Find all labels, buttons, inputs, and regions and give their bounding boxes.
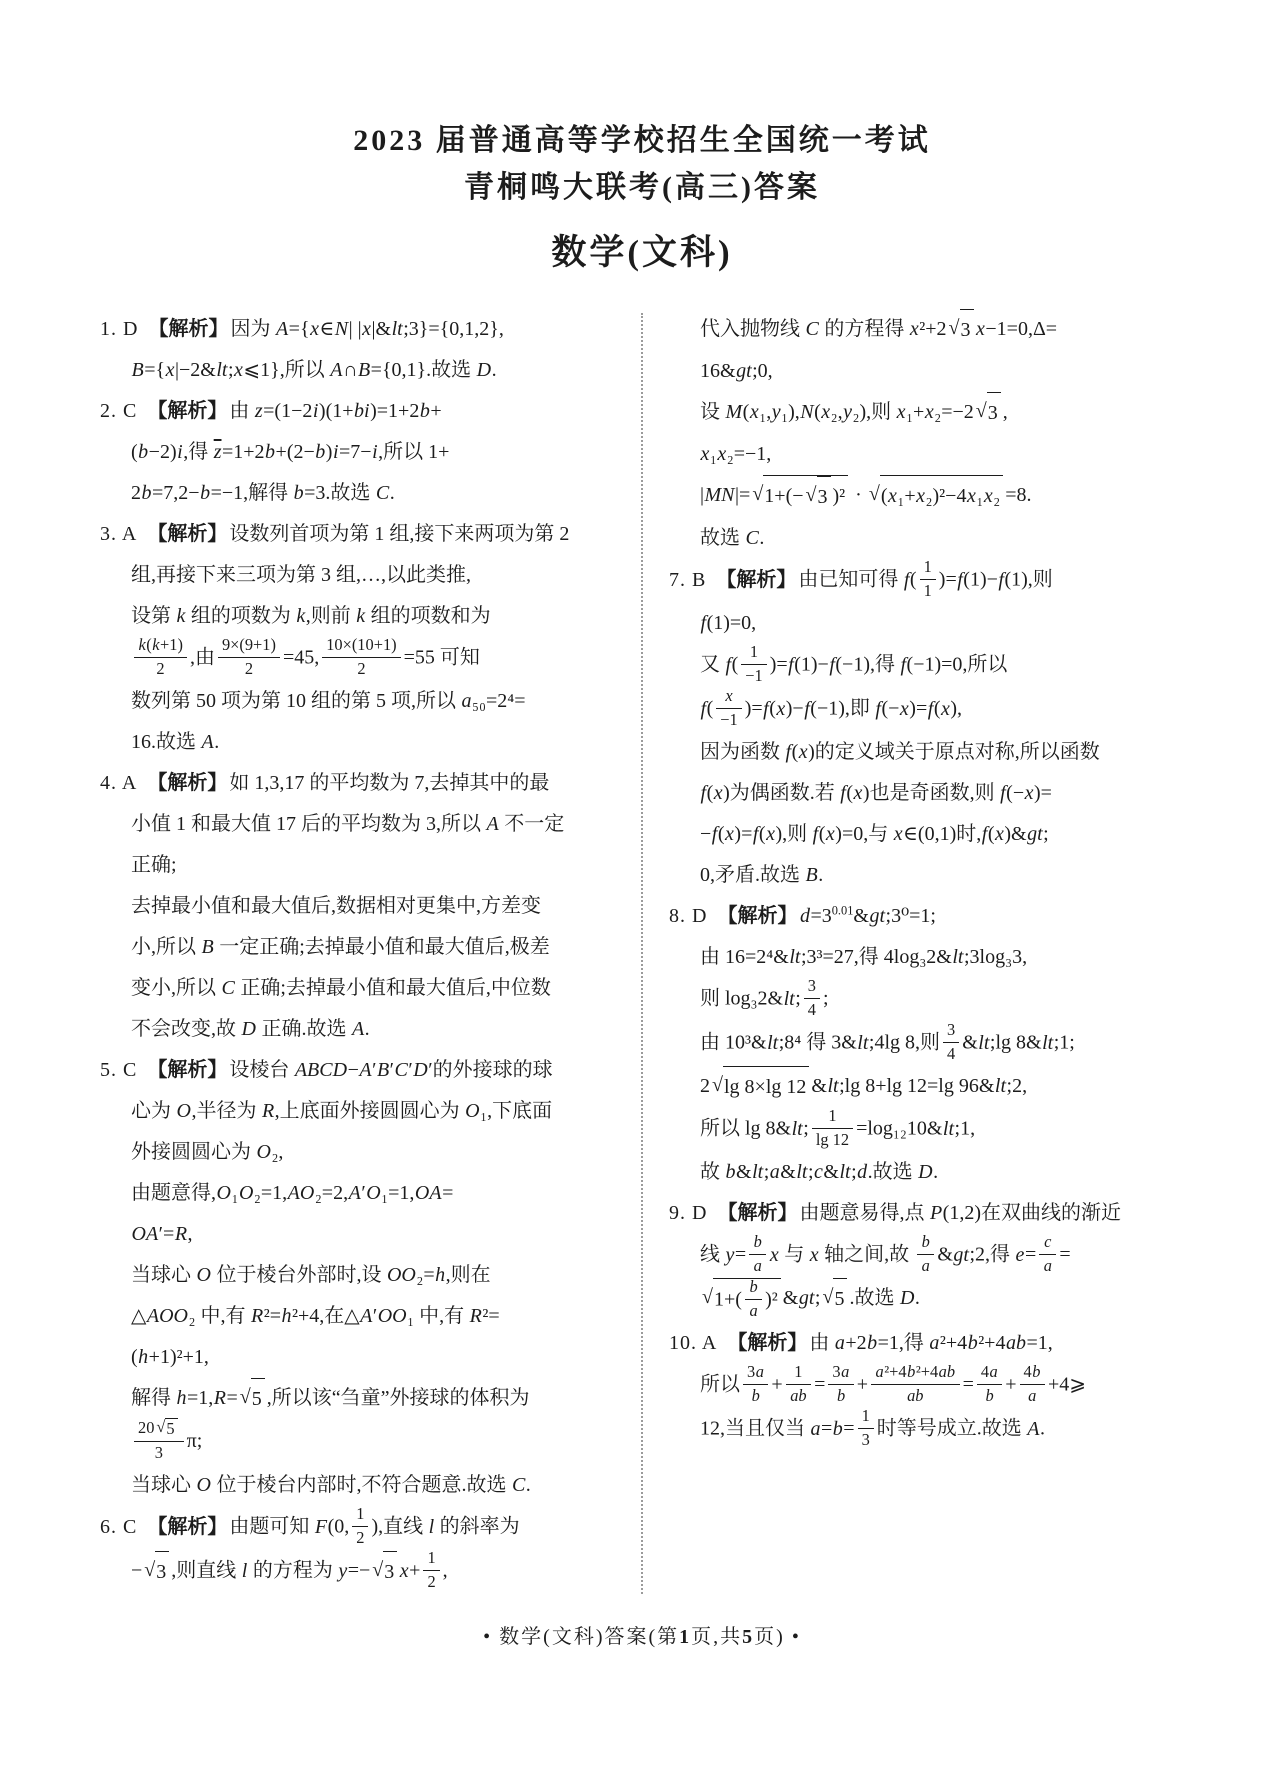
- solution-line: f(x)为偶函数.若 f(x)也是奇函数,则 f(−x)=: [669, 773, 1184, 814]
- problem-item: 10. A【解析】由 a+2b=1,得 a²+4b²+4ab=1,所以3ab+1…: [669, 1323, 1184, 1452]
- problem-item: 4. A【解析】如 1,3,17 的平均数为 7,去掉其中的最小值 1 和最大值…: [100, 763, 615, 1050]
- solution-line: 16&gt;0,: [669, 351, 1184, 392]
- problem-item: 8. D【解析】d=30.01&gt;3⁰=1;由 16=2⁴&lt;3³=27…: [669, 896, 1184, 1193]
- solution-line: 9. D【解析】由题意易得,点 P(1,2)在双曲线的渐近: [669, 1193, 1184, 1234]
- problem-number-and-answer: 7. B: [669, 569, 706, 591]
- problem-number-and-answer: 10. A: [669, 1332, 717, 1354]
- subject-title: 数学(文科): [100, 225, 1184, 275]
- solution-line: 小,所以 B 一定正确;去掉最小值和最大值后,极差: [100, 927, 615, 968]
- solution-line: 16.故选 A.: [100, 722, 615, 763]
- problem-item: 代入抛物线 C 的方程得 x²+2√3x−1=0,Δ=16&gt;0,设 M(x…: [669, 309, 1184, 559]
- solution-line: (h+1)²+1,: [100, 1337, 615, 1378]
- answer-columns: 1. D【解析】因为 A={x∈N| |x|&lt;3}={0,1,2},B={…: [100, 309, 1184, 1594]
- solution-line: 6. C【解析】由题可知 F(0,12),直线 l 的斜率为: [100, 1506, 615, 1550]
- solution-line: 8. D【解析】d=30.01&gt;3⁰=1;: [669, 896, 1184, 937]
- solution-line: 变小,所以 C 正确;去掉最小值和最大值后,中位数: [100, 968, 615, 1009]
- solution-line: 则 log₃2&lt;34;: [669, 978, 1184, 1022]
- solution-line: 4. A【解析】如 1,3,17 的平均数为 7,去掉其中的最: [100, 763, 615, 804]
- solution-line: 心为 O,半径为 R,上底面外接圆圆心为 O₁,下底面: [100, 1091, 615, 1132]
- analysis-label: 【解析】: [147, 523, 227, 545]
- solution-line: 7. B【解析】由已知可得 f(11)=f(1)−f(1),则: [669, 559, 1184, 603]
- problem-item: 5. C【解析】设棱台 ABCD−A′B′C′D′的外接球的球心为 O,半径为 …: [100, 1050, 615, 1506]
- solution-line: x₁x₂=−1,: [669, 434, 1184, 475]
- solution-line: −f(x)=f(x),则 f(x)=0,与 x∈(0,1)时,f(x)&gt;: [669, 814, 1184, 855]
- solution-line: 2b=7,2−b=−1,解得 b=3.故选 C.: [100, 473, 615, 514]
- solution-line: 12,当且仅当 a=b=13时等号成立.故选 A.: [669, 1408, 1184, 1452]
- problem-item: 2. C【解析】由 z=(1−2i)(1+bi)=1+2b+(b−2)i,得 z…: [100, 391, 615, 514]
- problem-item: 3. A【解析】设数列首项为第 1 组,接下来两项为第 2组,再接下来三项为第 …: [100, 514, 615, 763]
- analysis-label: 【解析】: [147, 400, 227, 422]
- solution-line: 10. A【解析】由 a+2b=1,得 a²+4b²+4ab=1,: [669, 1323, 1184, 1364]
- solution-line: f(x−1)=f(x)−f(−1),即 f(−x)=f(x),: [669, 688, 1184, 732]
- solution-line: k(k+1)2,由9×(9+1)2=45,10×(10+1)2=55 可知: [100, 637, 615, 681]
- left-column: 1. D【解析】因为 A={x∈N| |x|&lt;3}={0,1,2},B={…: [100, 309, 615, 1594]
- solution-line: 不会改变,故 D 正确.故选 A.: [100, 1009, 615, 1050]
- solution-line: 由题意得,O₁O₂=1,AO₂=2,A′O₁=1,OA=: [100, 1173, 615, 1214]
- problem-number-and-answer: 3. A: [100, 523, 137, 545]
- solution-line: 3. A【解析】设数列首项为第 1 组,接下来两项为第 2: [100, 514, 615, 555]
- problem-number-and-answer: 4. A: [100, 772, 137, 794]
- solution-line: 正确;: [100, 845, 615, 886]
- solution-line: 1. D【解析】因为 A={x∈N| |x|&lt;3}={0,1,2},: [100, 309, 615, 350]
- problem-item: 9. D【解析】由题意易得,点 P(1,2)在双曲线的渐近线 y=bax 与 x…: [669, 1193, 1184, 1323]
- problem-number-and-answer: 5. C: [100, 1059, 137, 1081]
- solution-line: 又 f(1−1)=f(1)−f(−1),得 f(−1)=0,所以: [669, 644, 1184, 688]
- solution-line: f(1)=0,: [669, 603, 1184, 644]
- solution-line: 故选 C.: [669, 518, 1184, 559]
- solution-line: 因为函数 f(x)的定义域关于原点对称,所以函数: [669, 732, 1184, 773]
- solution-line: −√3,则直线 l 的方程为 y=−√3x+12,: [100, 1550, 615, 1594]
- problem-number-and-answer: 9. D: [669, 1202, 707, 1224]
- solution-line: △AOO₂ 中,有 R²=h²+4,在△A′OO₁ 中,有 R²=: [100, 1296, 615, 1337]
- problem-item: 6. C【解析】由题可知 F(0,12),直线 l 的斜率为−√3,则直线 l …: [100, 1506, 615, 1594]
- solution-line: 2. C【解析】由 z=(1−2i)(1+bi)=1+2b+: [100, 391, 615, 432]
- solution-line: 所以3ab+1ab=3ab+a²+4b²+4abab=4ab+4ba+4⩾: [669, 1364, 1184, 1408]
- analysis-label: 【解析】: [147, 1516, 227, 1538]
- solution-line: 所以 lg 8&lt;1lg 12=log₁₂10&lt;1,: [669, 1108, 1184, 1152]
- solution-line: 小值 1 和最大值 17 后的平均数为 3,所以 A 不一定: [100, 804, 615, 845]
- footer-page-info: • 数学(文科)答案(第1页,共5页) •: [483, 1626, 801, 1648]
- solution-line: B={x|−2&lt;x⩽1},所以 A∩B={0,1}.故选 D.: [100, 350, 615, 391]
- analysis-label: 【解析】: [717, 905, 797, 927]
- solution-line: 20√53π;: [100, 1420, 615, 1465]
- analysis-label: 【解析】: [716, 569, 796, 591]
- analysis-label: 【解析】: [147, 772, 227, 794]
- solution-line: 由 10³&lt;8⁴ 得 3&lt;4lg 8,则34&lt;lg 8&lt;…: [669, 1022, 1184, 1066]
- solution-line: 当球心 O 位于棱台外部时,设 OO₂=h,则在: [100, 1255, 615, 1296]
- column-divider: [641, 313, 643, 1594]
- analysis-label: 【解析】: [717, 1202, 797, 1224]
- solution-line: 由 16=2⁴&lt;3³=27,得 4log₃2&lt;3log₃3,: [669, 937, 1184, 978]
- problem-number-and-answer: 6. C: [100, 1516, 137, 1538]
- problem-item: 7. B【解析】由已知可得 f(11)=f(1)−f(1),则f(1)=0,又 …: [669, 559, 1184, 896]
- solution-line: OA′=R,: [100, 1214, 615, 1255]
- exam-title-line2: 青桐鸣大联考(高三)答案: [100, 165, 1184, 212]
- solution-line: 2√lg 8×lg 12&lt;lg 8+lg 12=lg 96&lt;2,: [669, 1066, 1184, 1108]
- solution-line: 故 b&lt;a&lt;c&lt;d.故选 D.: [669, 1152, 1184, 1193]
- solution-line: 5. C【解析】设棱台 ABCD−A′B′C′D′的外接球的球: [100, 1050, 615, 1091]
- solution-line: √1+(ba)²&gt;√5.故选 D.: [669, 1278, 1184, 1323]
- solution-line: 当球心 O 位于棱台内部时,不符合题意.故选 C.: [100, 1465, 615, 1506]
- solution-line: 数列第 50 项为第 10 组的第 5 项,所以 a₅₀=2⁴=: [100, 681, 615, 722]
- solution-line: 组,再接下来三项为第 3 组,…,以此类推,: [100, 555, 615, 596]
- solution-line: 线 y=bax 与 x 轴之间,故 ba&gt;2,得 e=ca=: [669, 1234, 1184, 1278]
- exam-answer-page: 2023 届普通高等学校招生全国统一考试 青桐鸣大联考(高三)答案 数学(文科)…: [0, 0, 1280, 1782]
- solution-line: (b−2)i,得 z=1+2b+(2−b)i=7−i,所以 1+: [100, 432, 615, 473]
- exam-title-line1: 2023 届普通高等学校招生全国统一考试: [100, 118, 1184, 165]
- solution-line: 设第 k 组的项数为 k,则前 k 组的项数和为: [100, 596, 615, 637]
- solution-line: 外接圆圆心为 O₂,: [100, 1132, 615, 1173]
- solution-line: 代入抛物线 C 的方程得 x²+2√3x−1=0,Δ=: [669, 309, 1184, 351]
- problem-number-and-answer: 2. C: [100, 400, 137, 422]
- problem-number-and-answer: 8. D: [669, 905, 707, 927]
- right-column: 代入抛物线 C 的方程得 x²+2√3x−1=0,Δ=16&gt;0,设 M(x…: [669, 309, 1184, 1594]
- analysis-label: 【解析】: [147, 1059, 227, 1081]
- solution-line: |MN|=√1+(−√3)² · √(x₁+x₂)²−4x₁x₂=8.: [669, 475, 1184, 518]
- solution-line: 去掉最小值和最大值后,数据相对更集中,方差变: [100, 886, 615, 927]
- problem-item: 1. D【解析】因为 A={x∈N| |x|&lt;3}={0,1,2},B={…: [100, 309, 615, 391]
- analysis-label: 【解析】: [727, 1332, 807, 1354]
- problem-number-and-answer: 1. D: [100, 318, 138, 340]
- title-block: 2023 届普通高等学校招生全国统一考试 青桐鸣大联考(高三)答案 数学(文科): [100, 118, 1184, 275]
- solution-line: 设 M(x₁,y₁),N(x₂,y₂),则 x₁+x₂=−2√3,: [669, 392, 1184, 434]
- solution-line: 解得 h=1,R=√5,所以该“刍童”外接球的体积为: [100, 1378, 615, 1420]
- page-footer: • 数学(文科)答案(第1页,共5页) •: [100, 1620, 1184, 1649]
- analysis-label: 【解析】: [148, 318, 228, 340]
- solution-line: 0,矛盾.故选 B.: [669, 855, 1184, 896]
